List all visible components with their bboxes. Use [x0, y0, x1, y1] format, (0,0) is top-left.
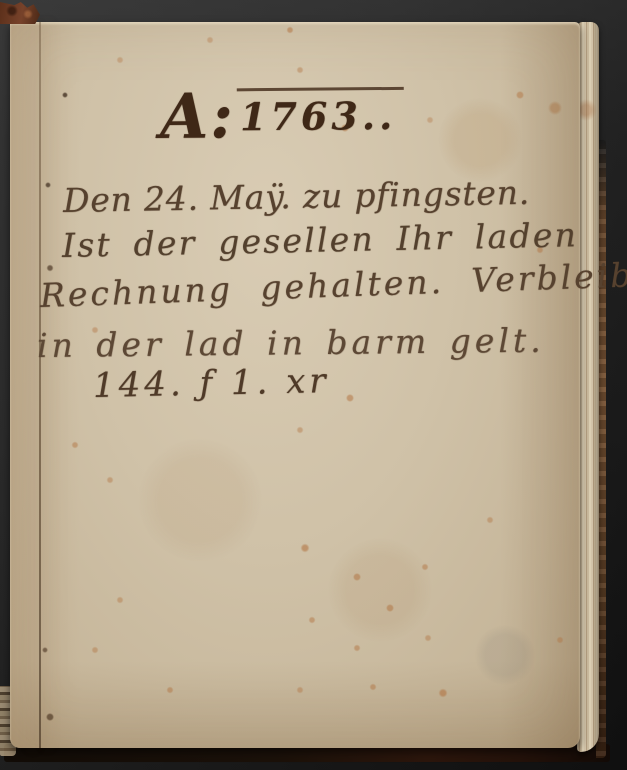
leather-binding-fragment — [0, 2, 40, 24]
heading-year: 1763.. — [237, 87, 405, 139]
handwriting-block: A:1763.. Den 24. Maÿ. zu pfingsten. Ist … — [10, 22, 580, 748]
manuscript-page: A:1763.. Den 24. Maÿ. zu pfingsten. Ist … — [10, 22, 580, 748]
handwriting-line: Rechnung gehalten. Verbleibt — [39, 255, 627, 315]
handwriting-line: Ist der gesellen Ihr laden — [62, 215, 579, 265]
handwriting-line-date: Den 24. Maÿ. zu pfingsten. — [63, 173, 531, 220]
heading-anno-initial: A: — [160, 79, 236, 153]
fore-edge-page-stack — [577, 22, 599, 752]
handwriting-line-amount: 144. ƒ 1. xr — [93, 361, 330, 406]
photo-background: A:1763.. Den 24. Maÿ. zu pfingsten. Ist … — [0, 0, 627, 770]
handwriting-line: in der lad in barm gelt. — [37, 321, 545, 365]
handwriting-heading: A:1763.. — [160, 78, 405, 153]
